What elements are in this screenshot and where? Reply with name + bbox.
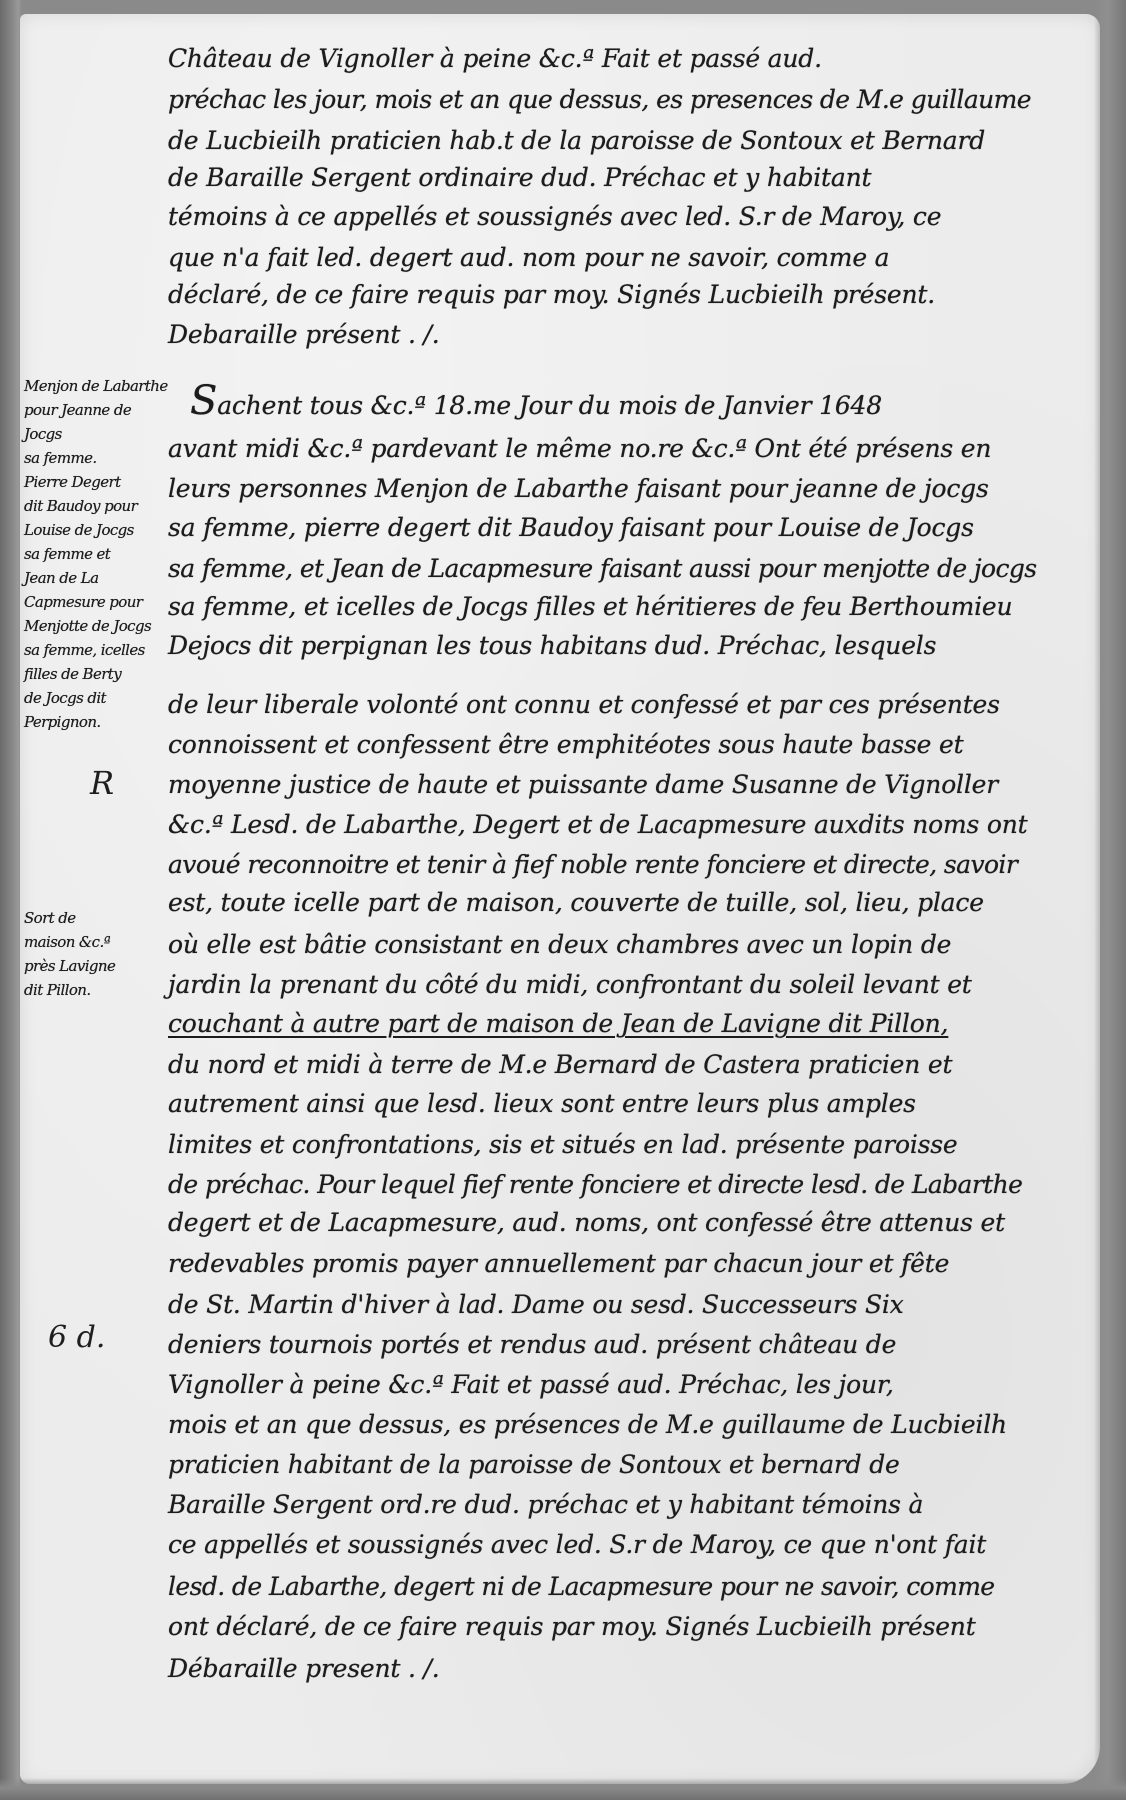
text-line: degert et de Lacapmesure, aud. noms, ont… (168, 1206, 1098, 1240)
text-line: &c.ª Lesd. de Labarthe, Degert et de Lac… (168, 808, 1098, 842)
text-line: sa femme, et icelles de Jocgs filles et … (168, 590, 1098, 624)
text-line: sa femme, et Jean de Lacapmesure faisant… (168, 552, 1098, 586)
text-line: Vignoller à peine &c.ª Fait et passé aud… (168, 1368, 1098, 1402)
text-line: deniers tournois portés et rendus aud. p… (168, 1330, 896, 1359)
text-line: Dejocs dit perpignan les tous habitans d… (168, 629, 1098, 663)
text-line: sa femme, pierre degert dit Baudoy faisa… (168, 511, 1098, 545)
text-line: connoissent et confessent être emphitéot… (168, 728, 1098, 762)
page-edge-shadow-right (1094, 0, 1126, 1800)
text-line: Château de Vignoller à peine &c.ª Fait e… (168, 42, 1098, 76)
text-line: autrement ainsi que lesd. lieux sont ent… (168, 1087, 1098, 1121)
margin-note-property: Sort de maison &c.ª près Lavigne dit Pil… (24, 906, 172, 1002)
text-line: lesd. de Labarthe, degert ni de Lacapmes… (168, 1570, 1098, 1604)
margin-note-parties: Menjon de Labarthe pour Jeanne de Jocgs … (24, 374, 172, 734)
text-line: leurs personnes Menjon de Labarthe faisa… (168, 472, 1098, 506)
text-line: de leur liberale volonté ont connu et co… (168, 688, 1098, 722)
text-line: jardin la prenant du côté du midi, confr… (168, 968, 1098, 1002)
margin-mark: R (90, 764, 114, 802)
text-line: avant midi &c.ª pardevant le même no.re … (168, 432, 1098, 466)
opening-line-text: achent tous &c.ª 18.me Jour du mois de J… (217, 391, 882, 420)
text-line: moyenne justice de haute et puissante da… (168, 768, 1098, 802)
text-line: praticien habitant de la paroisse de Son… (168, 1448, 1098, 1482)
margin-amount: 6 d. (48, 1320, 105, 1355)
text-line: ce appellés et soussignés avec led. S.r … (168, 1528, 1098, 1562)
text-line: mois et an que dessus, es présences de M… (168, 1408, 1098, 1442)
text-line: que n'a fait led. degert aud. nom pour n… (168, 241, 1098, 275)
text-line: de préchac. Pour lequel fief rente fonci… (168, 1168, 1098, 1202)
text-line: où elle est bâtie consistant en deux cha… (168, 928, 1098, 962)
text-line-underlined: couchant à autre part de maison de Jean … (168, 1007, 1098, 1041)
text-line-opening: Sachent tous &c.ª 18.me Jour du mois de … (190, 384, 1120, 423)
text-line: témoins à ce appellés et soussignés avec… (168, 200, 1098, 234)
page-edge-shadow-bottom (0, 1778, 1126, 1800)
text-line: Debaraille présent . /. (168, 318, 1098, 352)
text-line: déclaré, de ce faire requis par moy. Sig… (168, 278, 1098, 312)
text-line: redevables promis payer annuellement par… (168, 1247, 1098, 1281)
text-line: Baraille Sergent ord.re dud. préchac et … (168, 1488, 1098, 1522)
opening-initial: S (190, 378, 217, 424)
text-line: est, toute icelle part de maison, couver… (168, 886, 1098, 920)
text-line: Débaraille present . /. (168, 1652, 1098, 1686)
text-line: préchac les jour, mois et an que dessus,… (168, 83, 1098, 117)
text-line: avoué reconnoitre et tenir à fief noble … (168, 848, 1098, 882)
text-line: du nord et midi à terre de M.e Bernard d… (168, 1048, 1098, 1082)
text-line: couchant à autre part de maison de Jean … (168, 1009, 948, 1038)
text-line: ont déclaré, de ce faire requis par moy.… (168, 1610, 1098, 1644)
text-line: de Baraille Sergent ordinaire dud. Préch… (168, 161, 1098, 195)
text-line: limites et confrontations, sis et situés… (168, 1128, 1098, 1162)
text-line: de Lucbieilh praticien hab.t de la paroi… (168, 124, 1098, 158)
text-line: de St. Martin d'hiver à lad. Dame ou ses… (168, 1288, 1098, 1322)
text-line-underlined: deniers tournois portés et rendus aud. p… (168, 1328, 1098, 1362)
